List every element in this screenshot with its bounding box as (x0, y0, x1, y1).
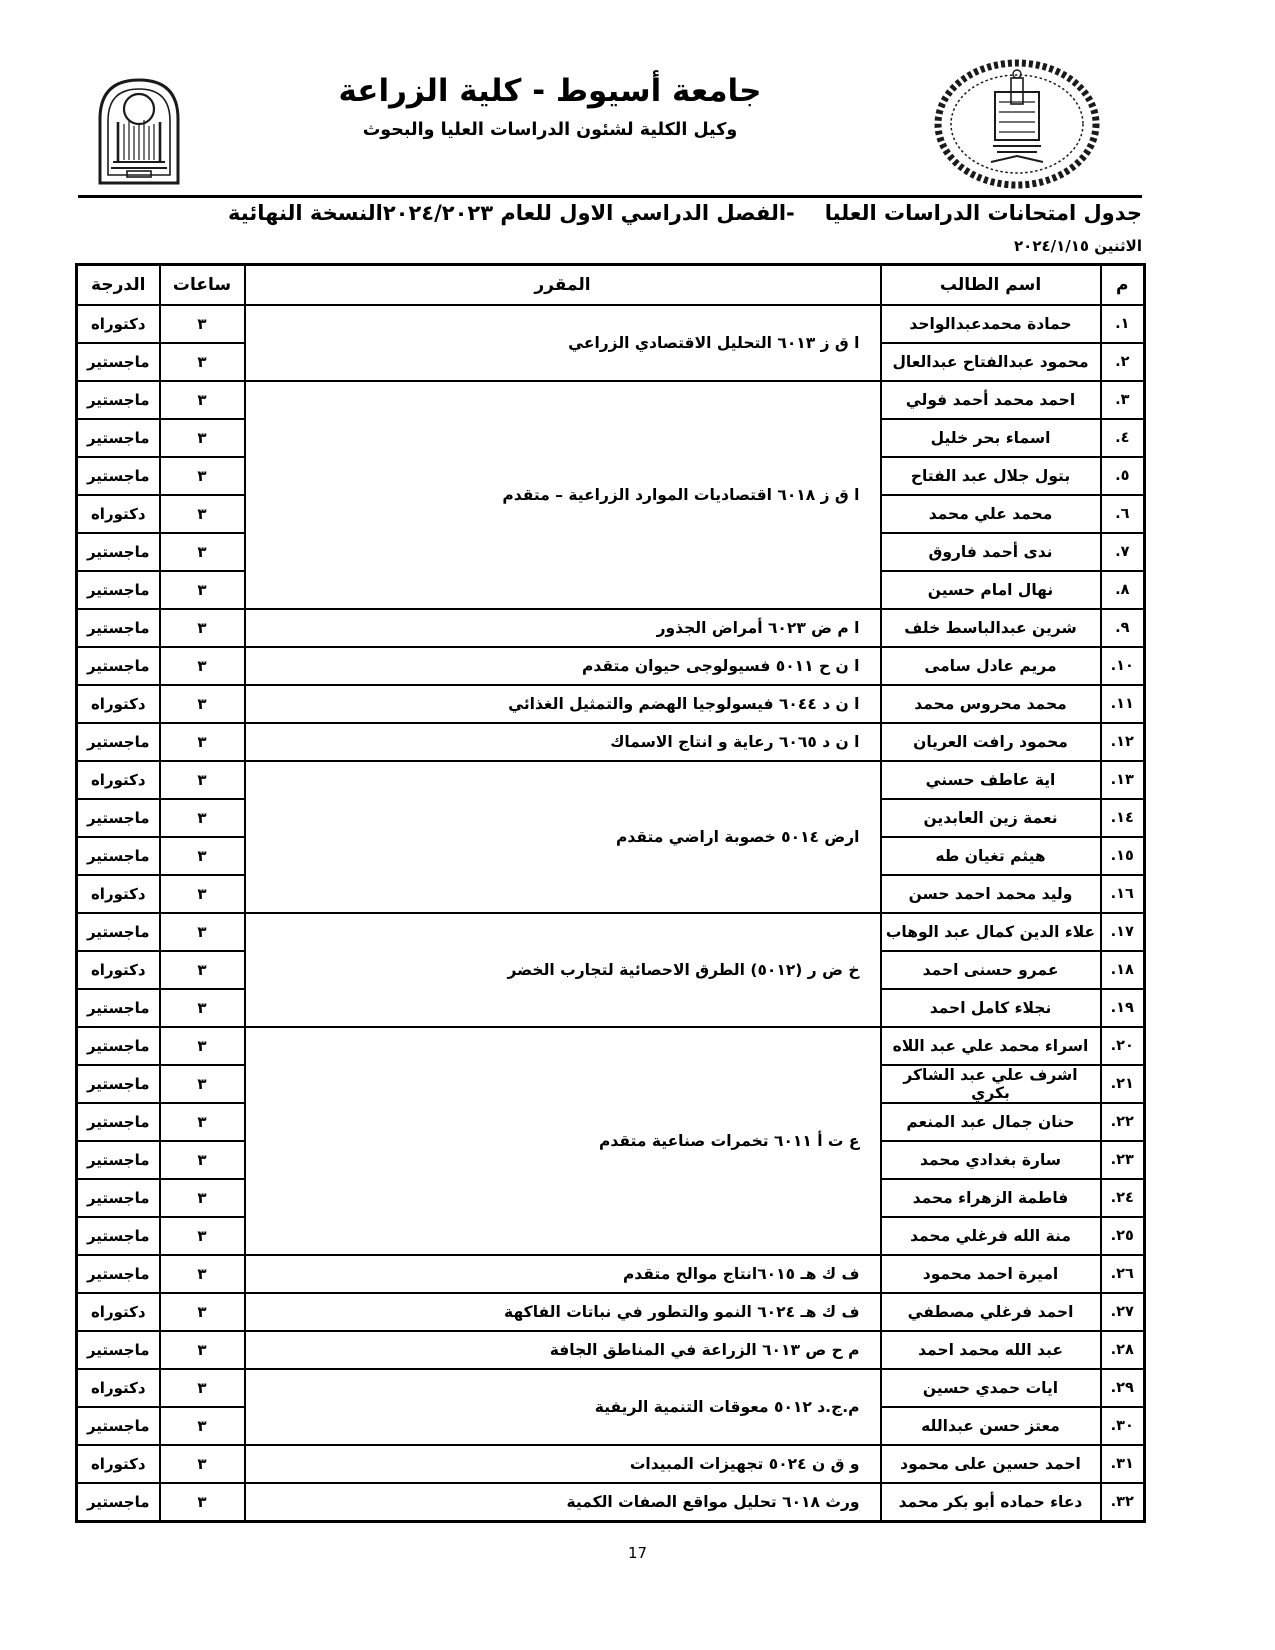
degree-cell: ماجستير (77, 1483, 160, 1522)
student-name-cell: احمد فرغلي مصطفي (881, 1293, 1101, 1331)
student-name-cell: اسراء محمد علي عبد اللاه (881, 1027, 1101, 1065)
row-number-cell: ٣٢. (1101, 1483, 1145, 1522)
table-row: ٩.شرين عبدالباسط خلفا م ض ٦٠٢٣ أمراض الج… (77, 609, 1145, 647)
table-row: ٢٩.ايات حمدي حسينم.ج.د ٥٠١٢ معوقات التنم… (77, 1369, 1145, 1407)
degree-cell: ماجستير (77, 799, 160, 837)
hours-cell: ٣ (160, 837, 245, 875)
hours-cell: ٣ (160, 1483, 245, 1522)
hours-cell: ٣ (160, 1255, 245, 1293)
version-label: النسخة النهائية (228, 201, 383, 225)
column-header-no: م (1101, 265, 1145, 306)
student-name-cell: محمد علي محمد (881, 495, 1101, 533)
hours-cell: ٣ (160, 799, 245, 837)
table-row: ١٣.اية عاطف حسنيارض ٥٠١٤ خصوبة اراضي متق… (77, 761, 1145, 799)
student-name-cell: اشرف علي عبد الشاكر بكري (881, 1065, 1101, 1103)
column-header-hours: ساعات (160, 265, 245, 306)
degree-cell: ماجستير (77, 457, 160, 495)
hours-cell: ٣ (160, 875, 245, 913)
student-name-cell: هيثم تغيان طه (881, 837, 1101, 875)
degree-cell: ماجستير (77, 419, 160, 457)
row-number-cell: ٧. (1101, 533, 1145, 571)
degree-cell: ماجستير (77, 1217, 160, 1255)
table-row: ١١.محمد محروس محمدا ن د ٦٠٤٤ فيسولوجيا ا… (77, 685, 1145, 723)
degree-cell: ماجستير (77, 609, 160, 647)
row-number-cell: ١١. (1101, 685, 1145, 723)
student-name-cell: حمادة محمدعبدالواحد (881, 305, 1101, 343)
degree-cell: دكتوراه (77, 875, 160, 913)
page-number: 17 (0, 1544, 1275, 1562)
degree-cell: ماجستير (77, 1141, 160, 1179)
hours-cell: ٣ (160, 647, 245, 685)
student-name-cell: معتز حسن عبدالله (881, 1407, 1101, 1445)
exam-date-line: الاثنين ٢٠٢٤/١/١٥ (78, 237, 1142, 255)
hours-cell: ٣ (160, 609, 245, 647)
hours-cell: ٣ (160, 1179, 245, 1217)
table-row: ١٢.محمود رافت العريانا ن د ٦٠٦٥ رعاية و … (77, 723, 1145, 761)
student-name-cell: ايات حمدي حسين (881, 1369, 1101, 1407)
course-cell: ا ن ح ٥٠١١ فسيولوجى حيوان متقدم (245, 647, 881, 685)
university-seal-icon (933, 58, 1101, 192)
row-number-cell: ٢٩. (1101, 1369, 1145, 1407)
table-row: ٣.احمد محمد أحمد فوليا ق ز ٦٠١٨ اقتصاديا… (77, 381, 1145, 419)
hours-cell: ٣ (160, 1369, 245, 1407)
schedule-title: جدول امتحانات الدراسات العليا (825, 201, 1142, 225)
degree-cell: ماجستير (77, 533, 160, 571)
degree-cell: ماجستير (77, 571, 160, 609)
column-header-course: المقرر (245, 265, 881, 306)
degree-cell: ماجستير (77, 343, 160, 381)
table-row: ١.حمادة محمدعبدالواحدا ق ز ٦٠١٣ التحليل … (77, 305, 1145, 343)
row-number-cell: ١٧. (1101, 913, 1145, 951)
course-cell: ارض ٥٠١٤ خصوبة اراضي متقدم (245, 761, 881, 913)
row-number-cell: ٢٨. (1101, 1331, 1145, 1369)
course-cell: ف ك هـ ٦٠٢٤ النمو والتطور في نباتات الفا… (245, 1293, 881, 1331)
student-name-cell: محمد محروس محمد (881, 685, 1101, 723)
table-header-row: م اسم الطالب المقرر ساعات الدرجة (77, 265, 1145, 306)
course-cell: ع ت أ ٦٠١١ تخمرات صناعية متقدم (245, 1027, 881, 1255)
hours-cell: ٣ (160, 381, 245, 419)
degree-cell: دكتوراه (77, 951, 160, 989)
table-row: ١٠.مريم عادل سامىا ن ح ٥٠١١ فسيولوجى حيو… (77, 647, 1145, 685)
degree-cell: ماجستير (77, 381, 160, 419)
hours-cell: ٣ (160, 913, 245, 951)
student-name-cell: شرين عبدالباسط خلف (881, 609, 1101, 647)
hours-cell: ٣ (160, 1065, 245, 1103)
row-number-cell: ٣. (1101, 381, 1145, 419)
student-name-cell: اية عاطف حسني (881, 761, 1101, 799)
header-divider (78, 195, 1142, 198)
vice-dean-line: وكيل الكلية لشئون الدراسات العليا والبحو… (230, 120, 870, 140)
hours-cell: ٣ (160, 1103, 245, 1141)
hours-cell: ٣ (160, 1141, 245, 1179)
student-name-cell: احمد محمد أحمد فولي (881, 381, 1101, 419)
student-name-cell: عبد الله محمد احمد (881, 1331, 1101, 1369)
hours-cell: ٣ (160, 685, 245, 723)
row-number-cell: ١٩. (1101, 989, 1145, 1027)
column-header-student: اسم الطالب (881, 265, 1101, 306)
row-number-cell: ١٠. (1101, 647, 1145, 685)
row-number-cell: ١٤. (1101, 799, 1145, 837)
student-name-cell: بتول جلال عبد الفتاح (881, 457, 1101, 495)
student-name-cell: نجلاء كامل احمد (881, 989, 1101, 1027)
student-name-cell: نعمة زين العابدين (881, 799, 1101, 837)
course-cell: ورث ٦٠١٨ تحليل مواقع الصفات الكمية (245, 1483, 881, 1522)
student-name-cell: مريم عادل سامى (881, 647, 1101, 685)
hours-cell: ٣ (160, 951, 245, 989)
university-seal-logo (933, 58, 1101, 192)
student-name-cell: وليد محمد احمد حسن (881, 875, 1101, 913)
hours-cell: ٣ (160, 533, 245, 571)
course-cell: و ق ن ٥٠٢٤ تجهيزات المبيدات (245, 1445, 881, 1483)
course-cell: خ ض ر (٥٠١٢) الطرق الاحصائية لتجارب الخض… (245, 913, 881, 1027)
hours-cell: ٣ (160, 1293, 245, 1331)
student-name-cell: دعاء حماده أبو بكر محمد (881, 1483, 1101, 1522)
degree-cell: ماجستير (77, 723, 160, 761)
row-number-cell: ٣١. (1101, 1445, 1145, 1483)
student-name-cell: اسماء بحر خليل (881, 419, 1101, 457)
hours-cell: ٣ (160, 495, 245, 533)
row-number-cell: ٩. (1101, 609, 1145, 647)
degree-cell: ماجستير (77, 989, 160, 1027)
arch-emblem-icon (95, 74, 183, 186)
row-number-cell: ٢١. (1101, 1065, 1145, 1103)
row-number-cell: ١٢. (1101, 723, 1145, 761)
table-row: ٢٨.عبد الله محمد احمدم ح ص ٦٠١٣ الزراعة … (77, 1331, 1145, 1369)
course-cell: م ح ص ٦٠١٣ الزراعة في المناطق الجافة (245, 1331, 881, 1369)
table-row: ٢٧.احمد فرغلي مصطفيف ك هـ ٦٠٢٤ النمو وال… (77, 1293, 1145, 1331)
schedule-title-term: -الفصل الدراسي الاول للعام ٢٠٢٤/٢٠٢٣ (383, 201, 795, 225)
degree-cell: ماجستير (77, 913, 160, 951)
row-number-cell: ٢٣. (1101, 1141, 1145, 1179)
row-number-cell: ٤. (1101, 419, 1145, 457)
row-number-cell: ٢٤. (1101, 1179, 1145, 1217)
degree-cell: دكتوراه (77, 1445, 160, 1483)
degree-cell: دكتوراه (77, 685, 160, 723)
hours-cell: ٣ (160, 989, 245, 1027)
student-name-cell: عمرو حسنى احمد (881, 951, 1101, 989)
hours-cell: ٣ (160, 761, 245, 799)
hours-cell: ٣ (160, 1331, 245, 1369)
student-name-cell: سارة بغدادي محمد (881, 1141, 1101, 1179)
header-title-block: جامعة أسيوط - كلية الزراعة وكيل الكلية ل… (230, 74, 870, 140)
hours-cell: ٣ (160, 1027, 245, 1065)
course-cell: ف ك هـ ٦٠١٥انتاج موالح متقدم (245, 1255, 881, 1293)
column-header-degree: الدرجة (77, 265, 160, 306)
schedule-title-row: جدول امتحانات الدراسات العليا -الفصل الد… (78, 201, 1142, 225)
degree-cell: دكتوراه (77, 761, 160, 799)
table-row: ٢٠.اسراء محمد علي عبد اللاهع ت أ ٦٠١١ تخ… (77, 1027, 1145, 1065)
table-row: ١٧.علاء الدين كمال عبد الوهابخ ض ر (٥٠١٢… (77, 913, 1145, 951)
row-number-cell: ٢٢. (1101, 1103, 1145, 1141)
row-number-cell: ٢٦. (1101, 1255, 1145, 1293)
row-number-cell: ٨. (1101, 571, 1145, 609)
hours-cell: ٣ (160, 1445, 245, 1483)
degree-cell: ماجستير (77, 1103, 160, 1141)
course-cell: ا ق ز ٦٠١٨ اقتصاديات الموارد الزراعية – … (245, 381, 881, 609)
degree-cell: ماجستير (77, 837, 160, 875)
course-cell: ا ن د ٦٠٤٤ فيسولوجيا الهضم والتمثيل الغذ… (245, 685, 881, 723)
degree-cell: ماجستير (77, 1331, 160, 1369)
student-name-cell: ندى أحمد فاروق (881, 533, 1101, 571)
course-cell: ا م ض ٦٠٢٣ أمراض الجذور (245, 609, 881, 647)
hours-cell: ٣ (160, 1217, 245, 1255)
student-name-cell: احمد حسين على محمود (881, 1445, 1101, 1483)
degree-cell: ماجستير (77, 1027, 160, 1065)
degree-cell: ماجستير (77, 1407, 160, 1445)
student-name-cell: علاء الدين كمال عبد الوهاب (881, 913, 1101, 951)
row-number-cell: ٢٠. (1101, 1027, 1145, 1065)
student-name-cell: محمود عبدالفتاح عبدالعال (881, 343, 1101, 381)
row-number-cell: ١٦. (1101, 875, 1145, 913)
row-number-cell: ٥. (1101, 457, 1145, 495)
course-cell: م.ج.د ٥٠١٢ معوقات التنمية الريفية (245, 1369, 881, 1445)
course-cell: ا ق ز ٦٠١٣ التحليل الاقتصادي الزراعي (245, 305, 881, 381)
hours-cell: ٣ (160, 1407, 245, 1445)
hours-cell: ٣ (160, 457, 245, 495)
row-number-cell: ١٣. (1101, 761, 1145, 799)
hours-cell: ٣ (160, 571, 245, 609)
table-row: ٣١.احمد حسين على محمودو ق ن ٥٠٢٤ تجهيزات… (77, 1445, 1145, 1483)
row-number-cell: ١٥. (1101, 837, 1145, 875)
student-name-cell: منة الله فرغلي محمد (881, 1217, 1101, 1255)
row-number-cell: ٢٥. (1101, 1217, 1145, 1255)
course-cell: ا ن د ٦٠٦٥ رعاية و انتاج الاسماك (245, 723, 881, 761)
hours-cell: ٣ (160, 343, 245, 381)
hours-cell: ٣ (160, 419, 245, 457)
student-name-cell: نهال امام حسين (881, 571, 1101, 609)
degree-cell: دكتوراه (77, 1293, 160, 1331)
degree-cell: دكتوراه (77, 305, 160, 343)
row-number-cell: ٦. (1101, 495, 1145, 533)
row-number-cell: ١. (1101, 305, 1145, 343)
row-number-cell: ٢. (1101, 343, 1145, 381)
student-name-cell: اميرة احمد محمود (881, 1255, 1101, 1293)
university-title: جامعة أسيوط - كلية الزراعة (230, 74, 870, 110)
degree-cell: ماجستير (77, 647, 160, 685)
document-page: { "page": { "university_title": "جامعة أ… (0, 0, 1275, 1650)
table-row: ٣٢.دعاء حماده أبو بكر محمدورث ٦٠١٨ تحليل… (77, 1483, 1145, 1522)
row-number-cell: ١٨. (1101, 951, 1145, 989)
hours-cell: ٣ (160, 305, 245, 343)
degree-cell: ماجستير (77, 1255, 160, 1293)
table-row: ٢٦.اميرة احمد محمودف ك هـ ٦٠١٥انتاج موال… (77, 1255, 1145, 1293)
exam-schedule-table: م اسم الطالب المقرر ساعات الدرجة ١.حمادة… (75, 263, 1146, 1523)
row-number-cell: ٣٠. (1101, 1407, 1145, 1445)
degree-cell: دكتوراه (77, 1369, 160, 1407)
row-number-cell: ٢٧. (1101, 1293, 1145, 1331)
faculty-arch-emblem-logo (95, 74, 183, 186)
student-name-cell: محمود رافت العريان (881, 723, 1101, 761)
degree-cell: دكتوراه (77, 495, 160, 533)
hours-cell: ٣ (160, 723, 245, 761)
degree-cell: ماجستير (77, 1179, 160, 1217)
student-name-cell: حنان جمال عبد المنعم (881, 1103, 1101, 1141)
degree-cell: ماجستير (77, 1065, 160, 1103)
student-name-cell: فاطمة الزهراء محمد (881, 1179, 1101, 1217)
